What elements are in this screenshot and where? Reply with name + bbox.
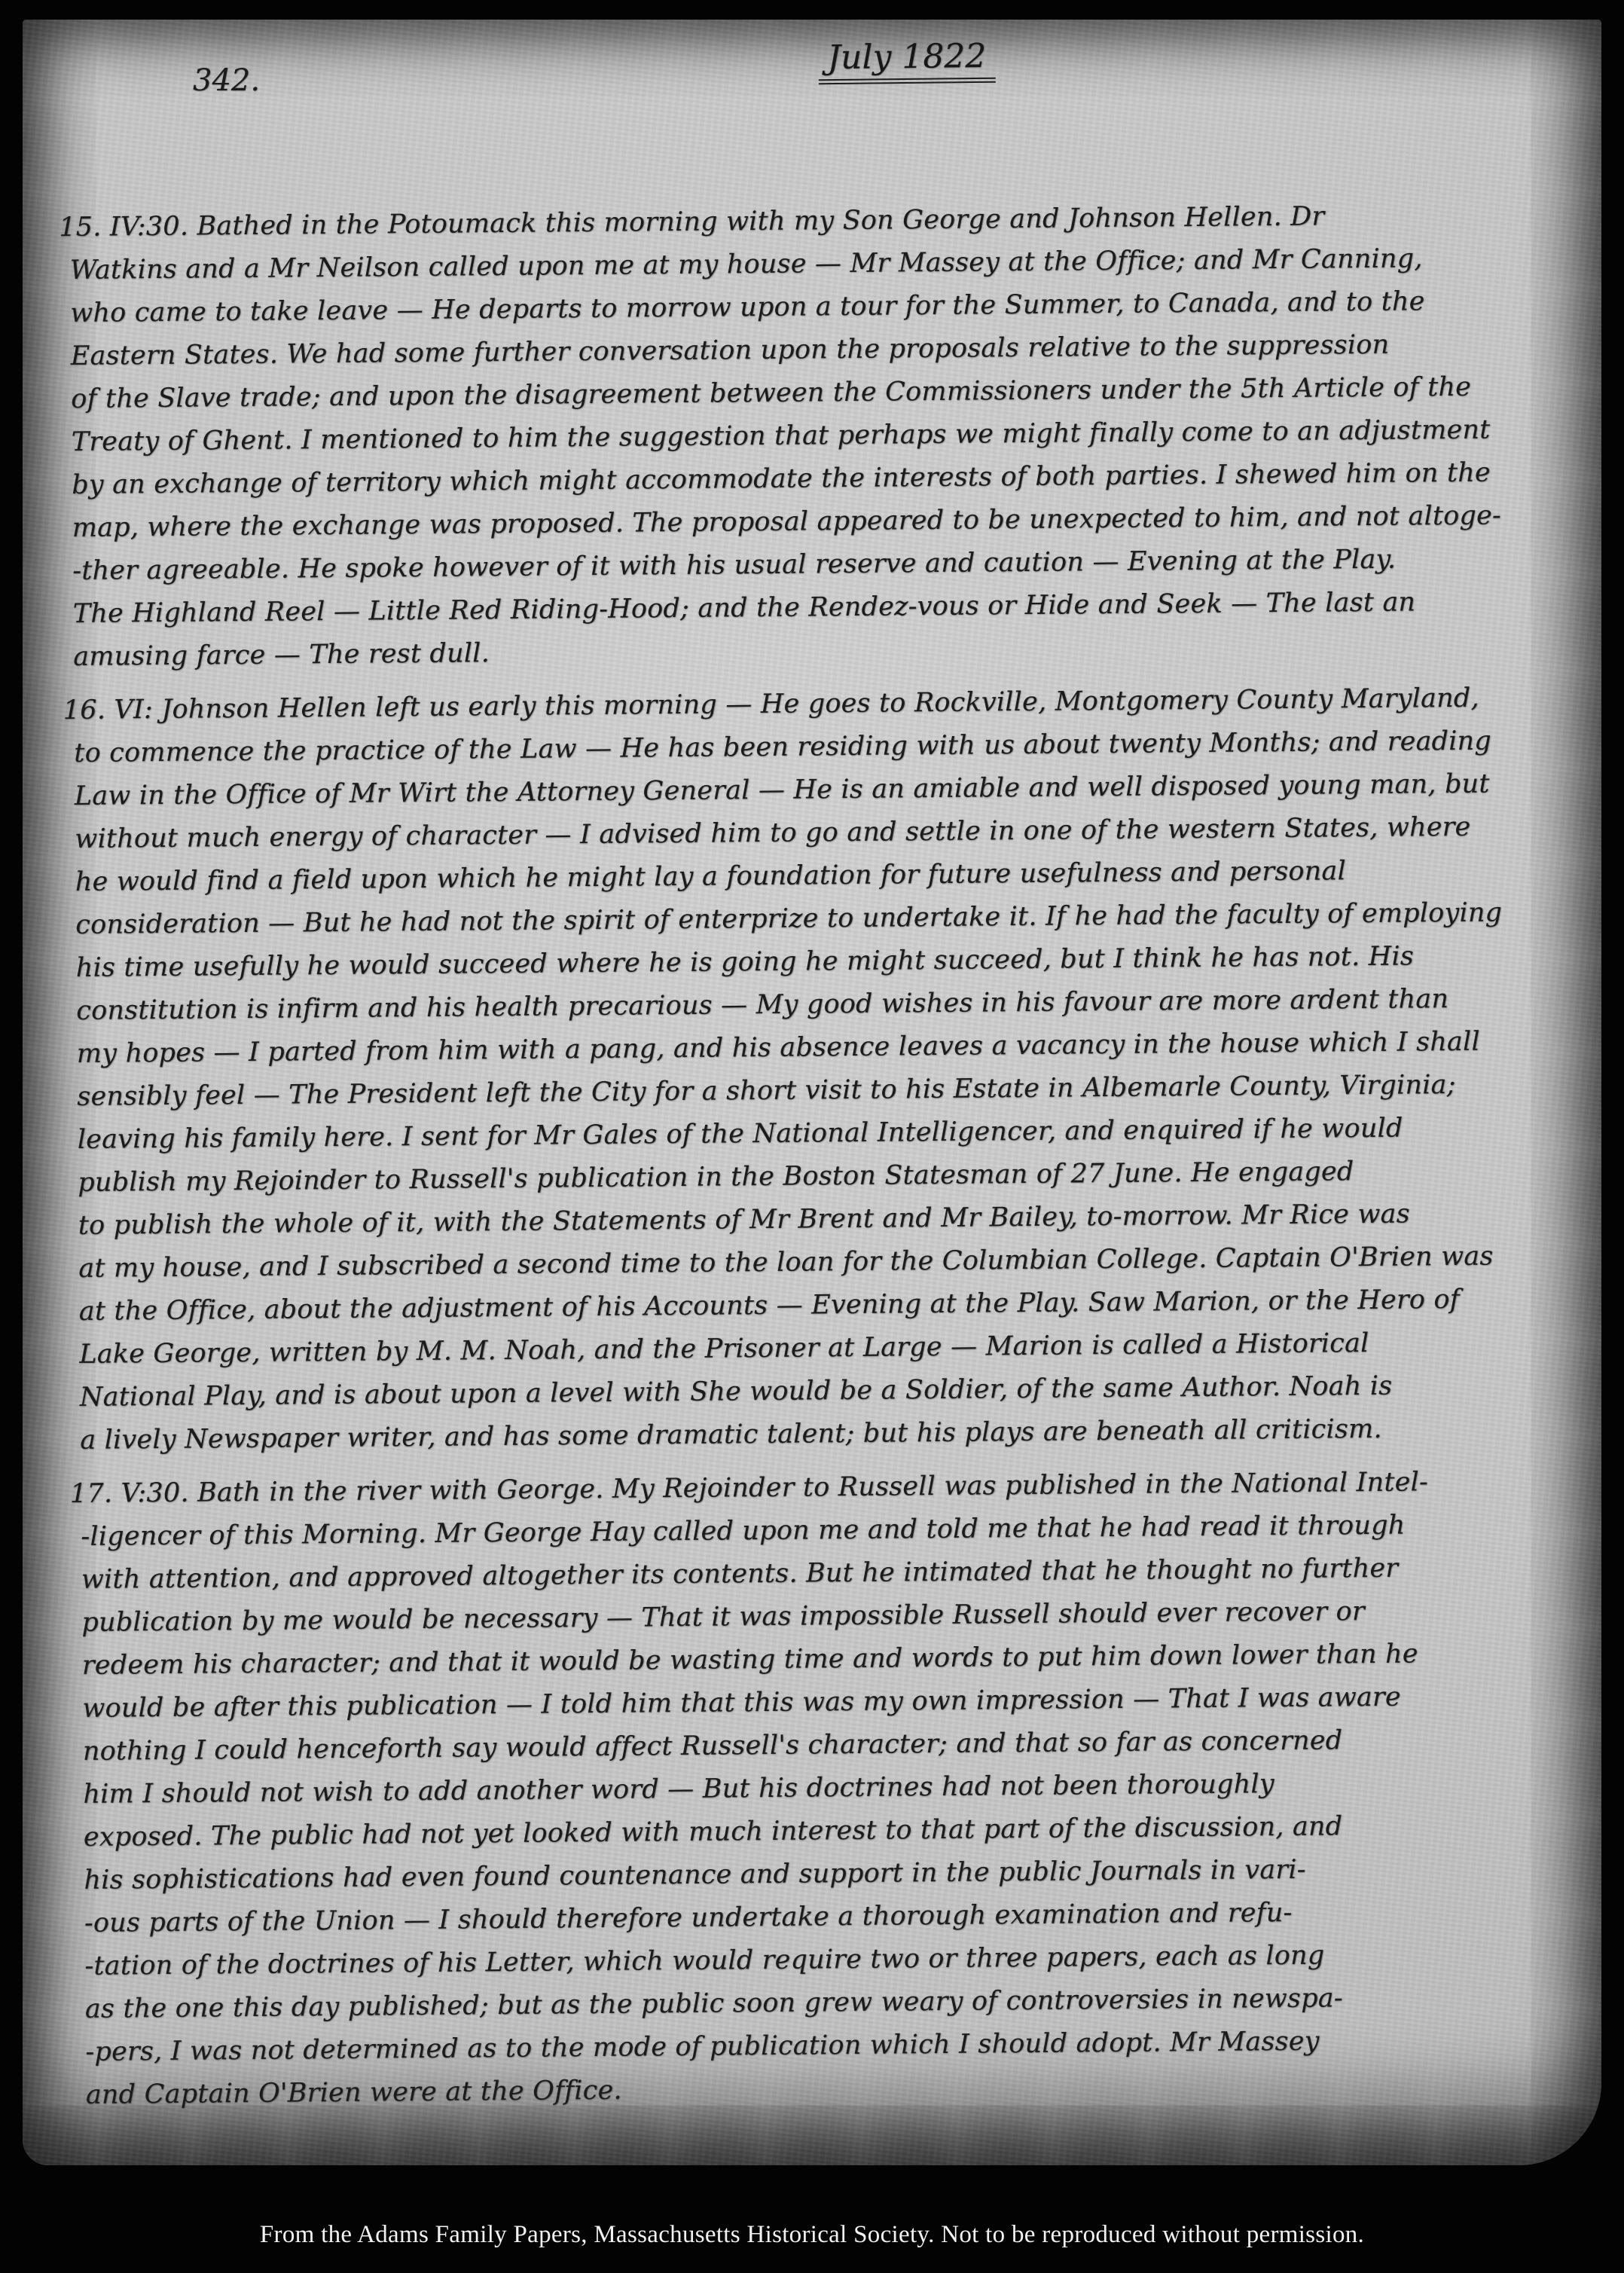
diary-entry: 17. V:30. Bath in the river with George.…	[81, 1459, 1592, 2116]
archive-caption-bar: From the Adams Family Papers, Massachuse…	[0, 2204, 1624, 2265]
month-year-header: July 1822	[818, 37, 996, 84]
archive-caption: From the Adams Family Papers, Massachuse…	[260, 2221, 1364, 2248]
page-number: 342.	[193, 63, 260, 98]
diary-entry: 16. VI: Johnson Hellen left us early thi…	[74, 677, 1587, 1462]
manuscript-scan-page: 342. July 1822 15. IV:30. Bathed in the …	[23, 20, 1601, 2165]
diary-entry: 15. IV:30. Bathed in the Potoumack this …	[69, 194, 1580, 679]
diary-entries: 15. IV:30. Bathed in the Potoumack this …	[69, 194, 1592, 2128]
